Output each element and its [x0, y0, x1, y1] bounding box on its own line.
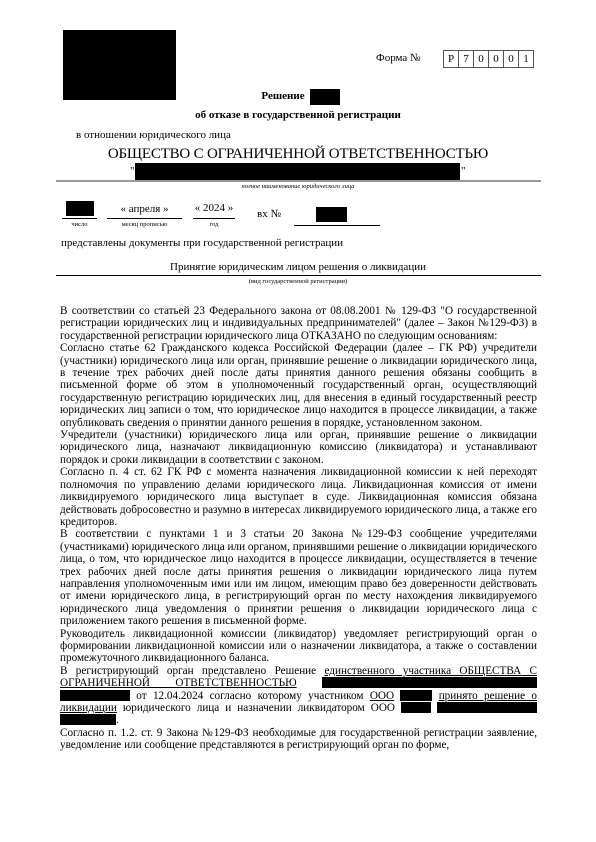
form-code-char: Р: [444, 51, 459, 67]
decision-title: Решение: [0, 90, 596, 102]
org-name-caption: полное наименование юридического лица: [0, 183, 596, 190]
redacted-liquidator-name-2: [437, 702, 537, 713]
subject-intro: в отношении юридического лица: [76, 129, 231, 141]
body-paragraph: Учредители (участники) юридического лица…: [60, 429, 537, 466]
incoming-number-label: вх №: [257, 208, 281, 220]
day-caption: число: [62, 221, 97, 228]
body-paragraph: Руководитель ликвидационной комиссии (ли…: [60, 628, 537, 665]
decision-subtitle: об отказе в государственной регистрации: [0, 109, 596, 121]
month-value: « апреля »: [107, 203, 182, 215]
redacted-org-name-inline-2: [60, 690, 130, 701]
decision-title-text: Решение: [261, 90, 304, 102]
body-paragraph: В соответствии со статьей 23 Федеральног…: [60, 305, 537, 342]
redacted-liquidator-name-3: [60, 714, 116, 725]
month-line: [107, 218, 182, 219]
body-paragraph: Согласно статье 62 Гражданского кодекса …: [60, 342, 537, 429]
form-code-char: 7: [459, 51, 474, 67]
body-paragraph-submitted-decision: В регистрирующий орган представлено Реше…: [60, 665, 537, 727]
body-paragraph: В соответствии с пунктами 1 и 3 статьи 2…: [60, 528, 537, 627]
form-code-char: 0: [489, 51, 504, 67]
registration-type-caption: (вид государственной регистрации): [0, 278, 596, 285]
year-line: [193, 218, 235, 219]
redacted-decision-number: [310, 89, 340, 105]
quote-close: ": [461, 165, 466, 177]
p7-g: .: [116, 714, 119, 726]
form-code-char: 0: [504, 51, 519, 67]
body-paragraph: Согласно п. 1.2. ст. 9 Закона №129-ФЗ не…: [60, 727, 537, 752]
p7-a: В регистрирующий орган представлено Реше…: [60, 665, 324, 677]
redacted-participant-name: [400, 690, 432, 701]
year-value: « 2024 »: [193, 202, 235, 214]
redacted-incoming-number: [316, 207, 347, 222]
p7-d: ООО: [370, 690, 394, 702]
org-type: ОБЩЕСТВО С ОГРАНИЧЕННОЙ ОТВЕТСТВЕННОСТЬЮ: [0, 146, 596, 163]
redacted-liquidator-name: [401, 702, 431, 713]
month-caption: месяц прописью: [107, 221, 182, 228]
year-caption: год: [193, 221, 235, 228]
registration-type-line: [56, 275, 541, 276]
incoming-number-line: [294, 225, 380, 226]
quote-open: ": [130, 165, 135, 177]
form-number-label: Форма №: [376, 52, 421, 64]
form-code-char: 1: [519, 51, 533, 67]
redacted-day: [66, 201, 94, 216]
p7-f: юридического лица и назначении ликвидато…: [117, 702, 401, 714]
p7-c: от 12.04.2024 согласно которому участник…: [130, 690, 370, 702]
redacted-org-name-inline: [322, 677, 537, 688]
body-paragraph: Согласно п. 4 ст. 62 ГК РФ с момента наз…: [60, 466, 537, 528]
form-number-boxes: Р 7 0 0 0 1: [443, 50, 534, 68]
decision-body: В соответствии со статьей 23 Федеральног…: [60, 305, 537, 752]
day-line: [62, 218, 97, 219]
docs-submitted-text: представлены документы при государственн…: [61, 237, 343, 249]
form-code-char: 0: [474, 51, 489, 67]
registration-type-value: Принятие юридическим лицом решения о лик…: [0, 261, 596, 273]
redacted-org-name: [135, 163, 460, 180]
org-name-line: [56, 180, 541, 182]
